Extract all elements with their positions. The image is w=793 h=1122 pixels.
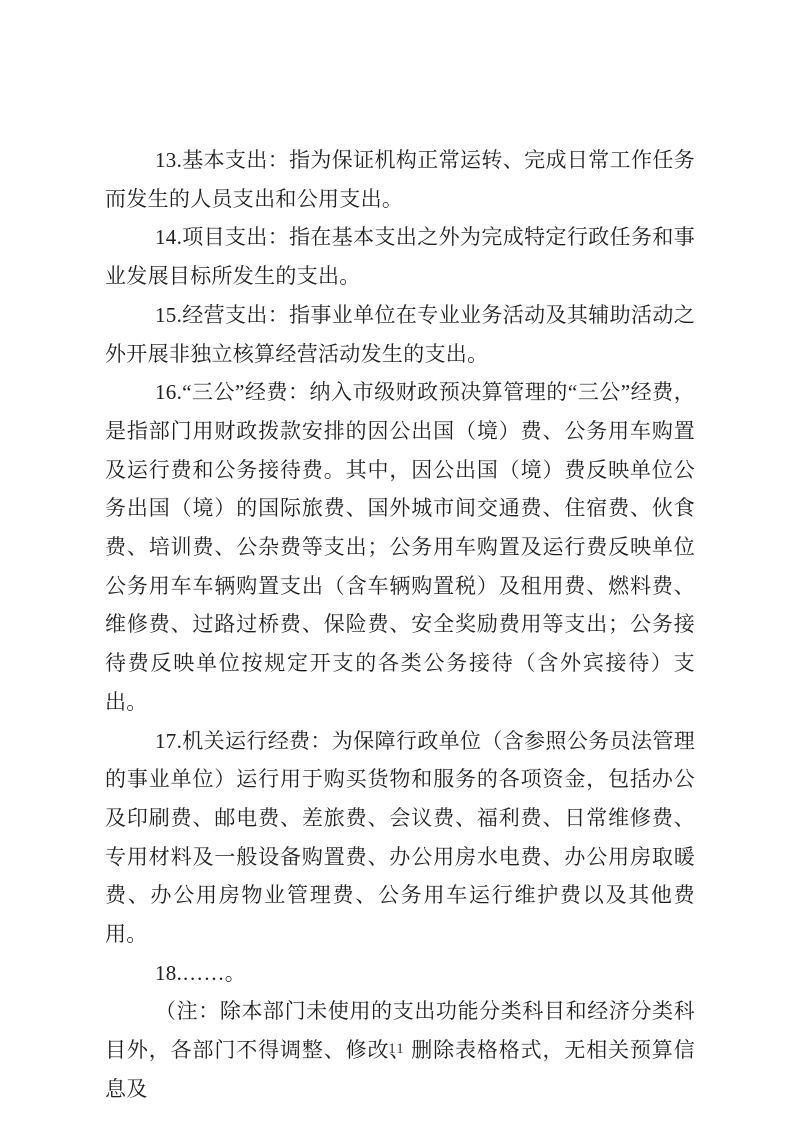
paragraph-three-public-funds-16: 16.“三公”经费：纳入市级财政预决算管理的“三公”经费，是指部门用财政拨款安排…: [105, 373, 695, 721]
document-body: 13.基本支出：指为保证机构正常运转、完成日常工作任务而发生的人员支出和公用支出…: [105, 141, 695, 1109]
document-page: 13.基本支出：指为保证机构正常运转、完成日常工作任务而发生的人员支出和公用支出…: [0, 0, 793, 1122]
paragraph-project-expenditure-14: 14.项目支出：指在基本支出之外为完成特定行政任务和事业发展目标所发生的支出。: [105, 218, 695, 295]
paragraph-agency-operating-funds-17: 17.机关运行经费：为保障行政单位（含参照公务员法管理的事业单位）运行用于购买货…: [105, 722, 695, 954]
paragraph-operating-expenditure-15: 15.经营支出：指事业单位在专业业务活动及其辅助活动之外开展非独立核算经营活动发…: [105, 296, 695, 373]
document-viewport: { "page": { "background_color": "#ffffff…: [0, 0, 793, 1122]
page-number: 11: [0, 1041, 793, 1058]
paragraph-basic-expenditure-13: 13.基本支出：指为保证机构正常运转、完成日常工作任务而发生的人员支出和公用支出…: [105, 141, 695, 218]
paragraph-item-18: 18.……。: [105, 954, 695, 993]
